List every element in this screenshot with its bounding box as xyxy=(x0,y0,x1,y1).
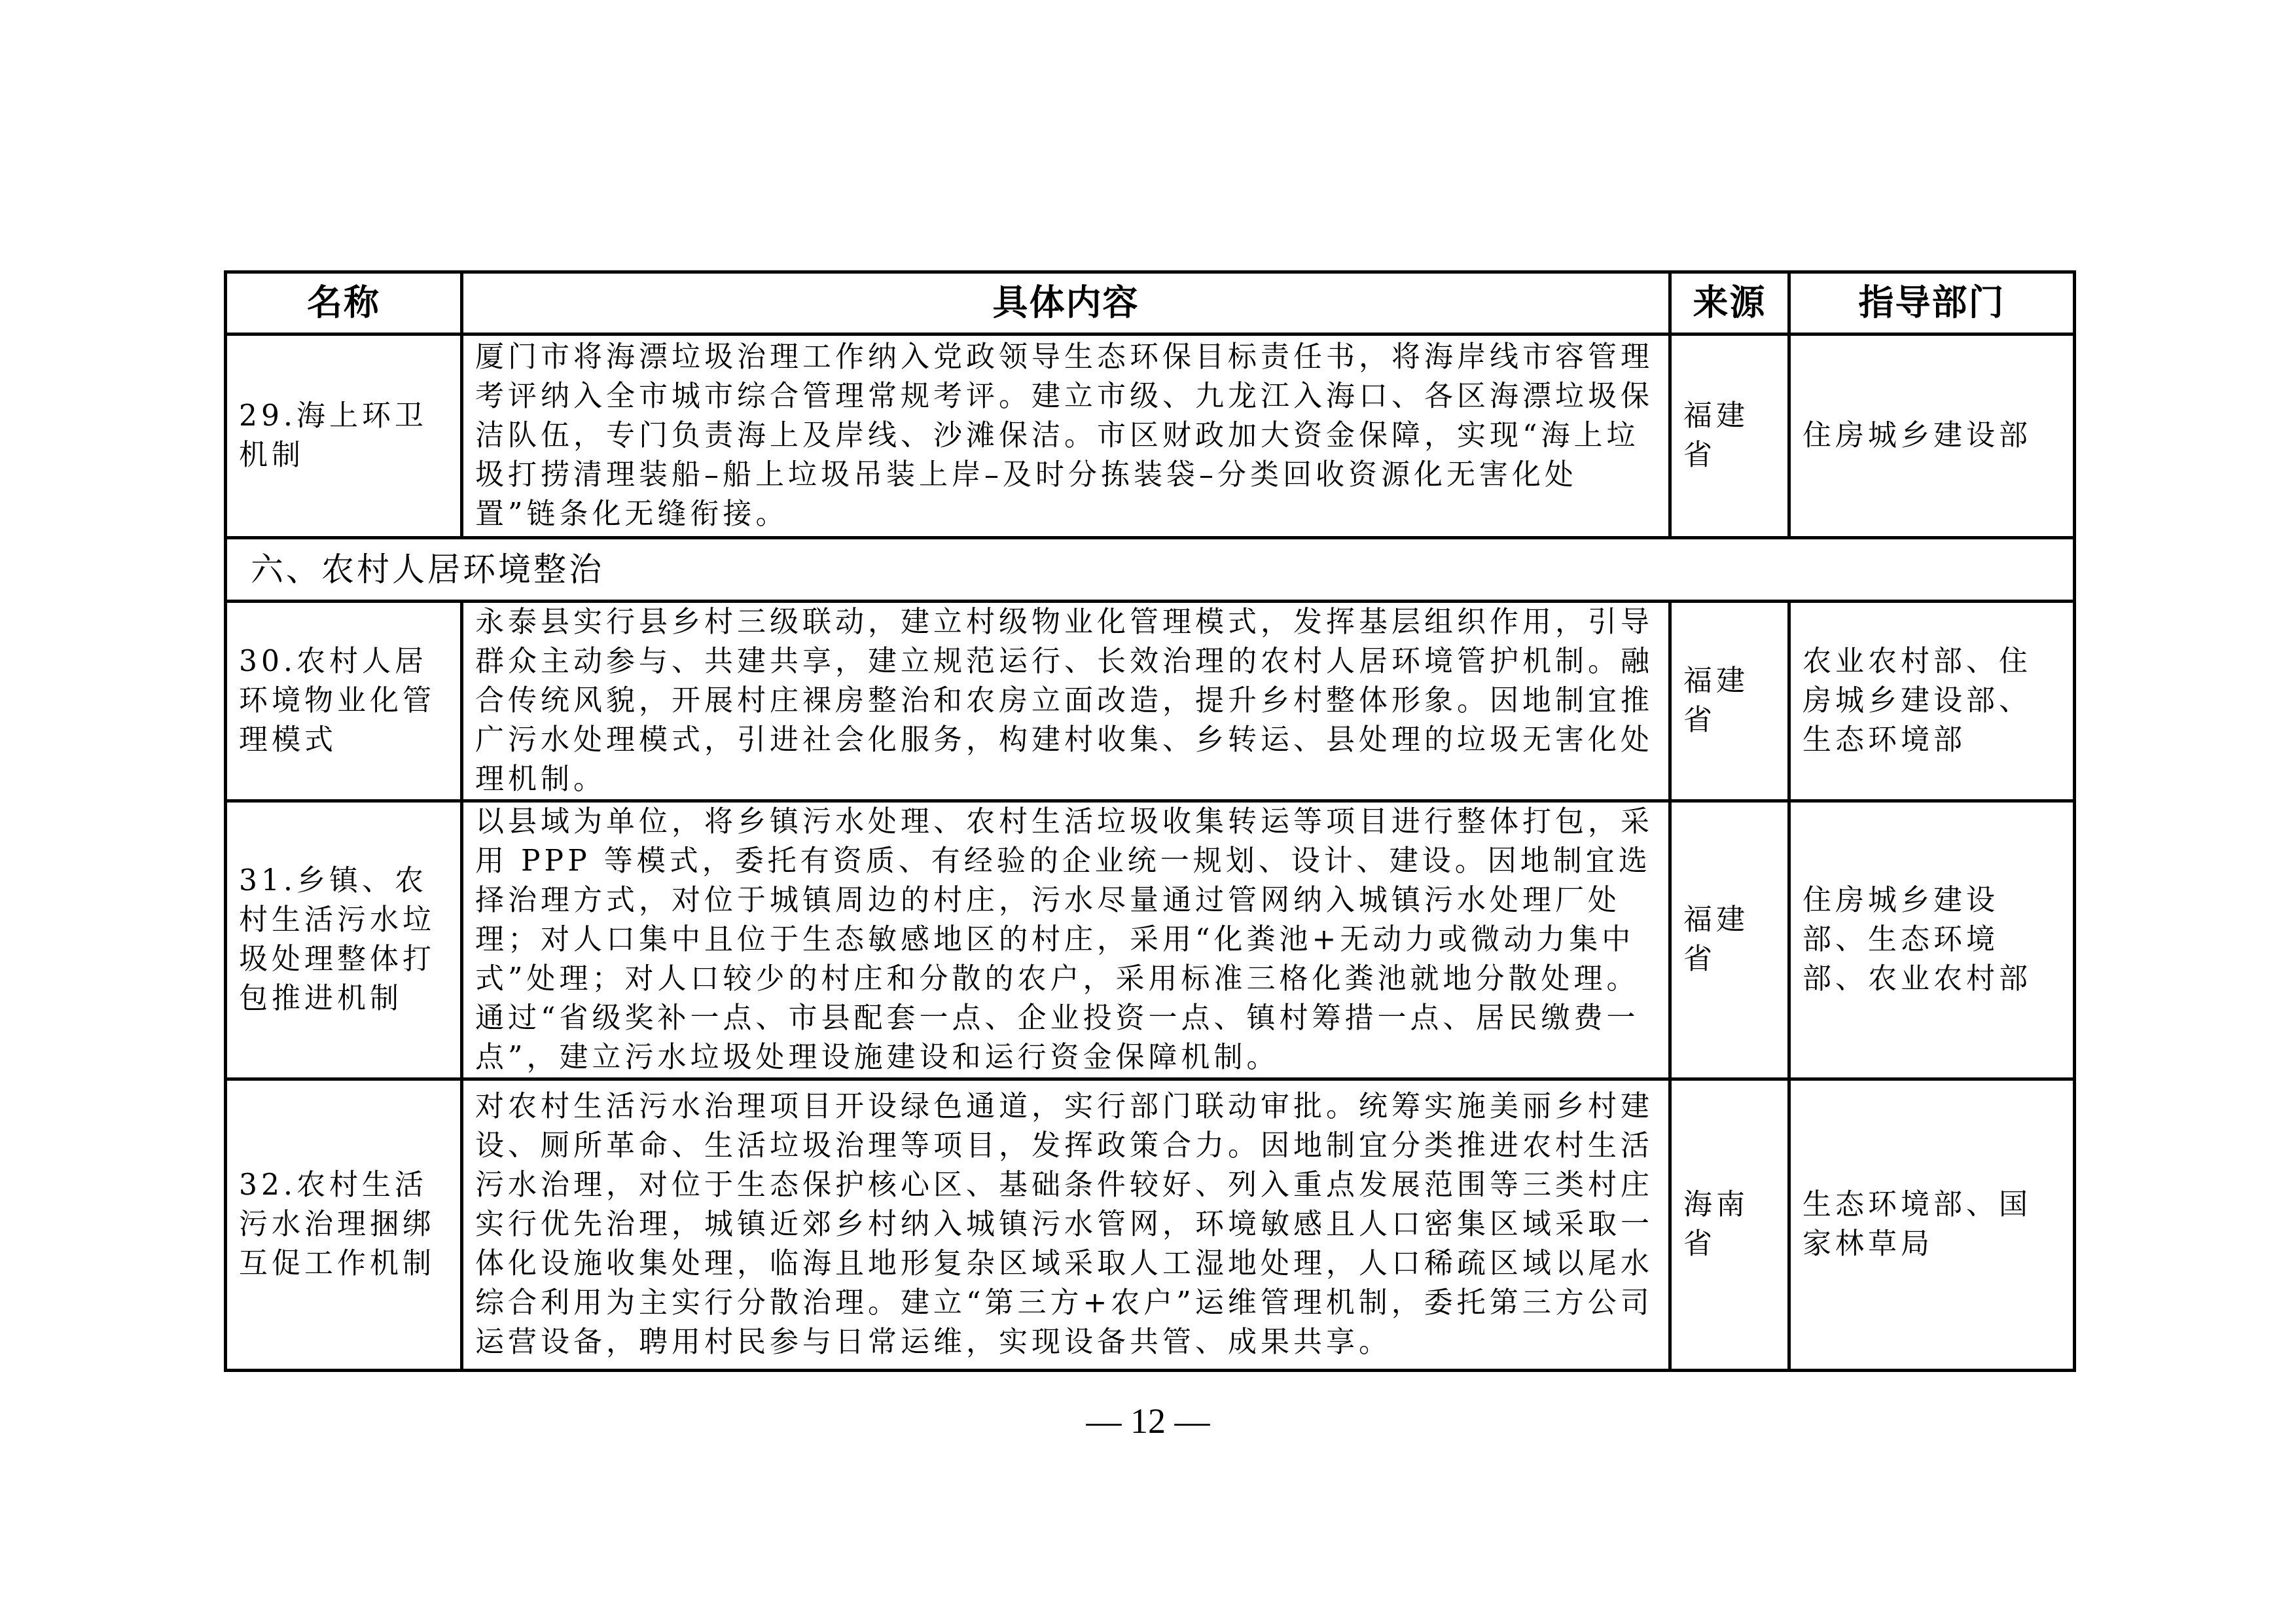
row-name: 30.农村人居环境物业化管理模式 xyxy=(226,602,462,801)
row-content: 永泰县实行县乡村三级联动，建立村级物业化管理模式，发挥基层组织作用，引导群众主动… xyxy=(462,602,1670,801)
section-title: 六、农村人居环境整治 xyxy=(226,538,2075,602)
page-number: — 12 — xyxy=(0,1401,2296,1441)
row-content: 厦门市将海漂垃圾治理工作纳入党政领导生态环保目标责任书，将海岸线市容管理考评纳入… xyxy=(462,334,1670,538)
table-row: 32.农村生活污水治理捆绑互促工作机制 对农村生活污水治理项目开设绿色通道，实行… xyxy=(226,1079,2075,1371)
row-source: 海南省 xyxy=(1670,1079,1789,1371)
row-department: 住房城乡建设部 xyxy=(1789,334,2075,538)
header-content: 具体内容 xyxy=(462,272,1670,334)
measures-table: 名称 具体内容 来源 指导部门 29.海上环卫机制 厦门市将海漂垃圾治理工作纳入… xyxy=(224,270,2076,1372)
section-heading-row: 六、农村人居环境整治 xyxy=(226,538,2075,602)
table-row: 29.海上环卫机制 厦门市将海漂垃圾治理工作纳入党政领导生态环保目标责任书，将海… xyxy=(226,334,2075,538)
table-row: 30.农村人居环境物业化管理模式 永泰县实行县乡村三级联动，建立村级物业化管理模… xyxy=(226,602,2075,801)
table-row: 31.乡镇、农村生活污水垃圾处理整体打包推进机制 以县域为单位，将乡镇污水处理、… xyxy=(226,801,2075,1079)
row-name: 32.农村生活污水治理捆绑互促工作机制 xyxy=(226,1079,462,1371)
header-department: 指导部门 xyxy=(1789,272,2075,334)
row-source: 福建省 xyxy=(1670,334,1789,538)
row-name: 29.海上环卫机制 xyxy=(226,334,462,538)
row-name: 31.乡镇、农村生活污水垃圾处理整体打包推进机制 xyxy=(226,801,462,1079)
table-header-row: 名称 具体内容 来源 指导部门 xyxy=(226,272,2075,334)
header-source: 来源 xyxy=(1670,272,1789,334)
row-content: 以县域为单位，将乡镇污水处理、农村生活垃圾收集转运等项目进行整体打包，采用 PP… xyxy=(462,801,1670,1079)
row-department: 农业农村部、住房城乡建设部、生态环境部 xyxy=(1789,602,2075,801)
header-name: 名称 xyxy=(226,272,462,334)
row-source: 福建省 xyxy=(1670,602,1789,801)
row-department: 生态环境部、国家林草局 xyxy=(1789,1079,2075,1371)
row-content: 对农村生活污水治理项目开设绿色通道，实行部门联动审批。统筹实施美丽乡村建设、厕所… xyxy=(462,1079,1670,1371)
row-department: 住房城乡建设部、生态环境部、农业农村部 xyxy=(1789,801,2075,1079)
row-source: 福建省 xyxy=(1670,801,1789,1079)
